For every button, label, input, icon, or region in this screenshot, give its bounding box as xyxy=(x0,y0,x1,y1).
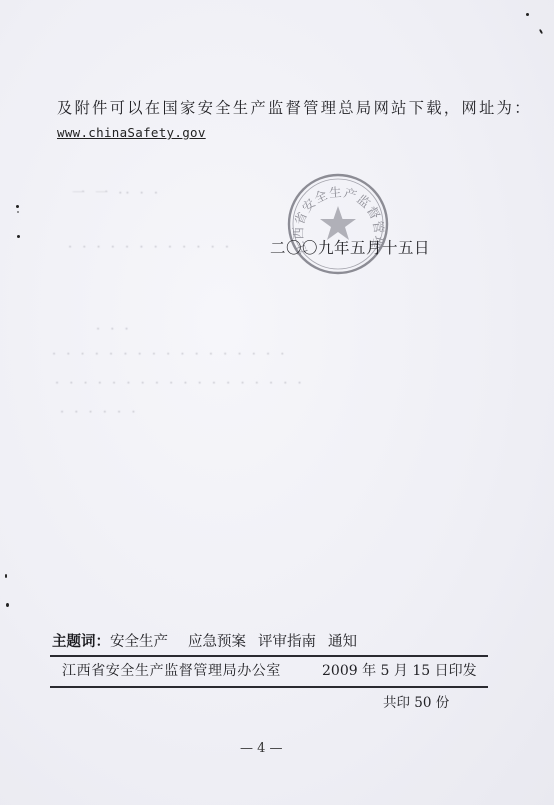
issuing-office: 江西省安全生产监督管理局办公室 xyxy=(62,660,281,680)
bleed-through-text: 一 一 ·· · · xyxy=(72,182,161,201)
keyword: 应急预案 xyxy=(188,634,246,650)
subject-keywords: 主题词：安全生产应急预案评审指南通知 xyxy=(52,630,357,651)
divider xyxy=(50,655,488,657)
bleed-through-text: · · · xyxy=(96,322,132,337)
keywords-label: 主题词： xyxy=(52,634,110,650)
signature-date: 二〇〇九年五月十五日 xyxy=(270,236,430,258)
scan-speck xyxy=(539,29,543,34)
copies-printed: 共印 50 份 xyxy=(383,691,449,711)
keyword: 通知 xyxy=(328,634,357,650)
page-number: — 4 — xyxy=(240,741,283,756)
bleed-through-text: · · · · · · · · · · · · · · · · · · xyxy=(55,376,305,391)
official-seal: 江西省安全生产监督管理局 xyxy=(286,172,390,276)
bleed-through-text: · · · · · · · · · · · · xyxy=(68,240,232,255)
scan-speck xyxy=(16,205,19,208)
keyword: 评审指南 xyxy=(258,634,316,650)
body-text-line: 及附件可以在国家安全生产监督管理总局网站下载，网址为： xyxy=(57,97,532,118)
bleed-through-text: · · · · · · · · · · · · · · · · · xyxy=(52,347,287,362)
keyword: 安全生产 xyxy=(110,634,168,650)
divider xyxy=(50,686,488,688)
bleed-through-text: · · · · · · xyxy=(60,405,138,420)
document-page: 一 一 ·· · · · · · · · · · · · · · · · · ·… xyxy=(0,0,554,805)
issue-date: 2009 年 5 月 15 日印发 xyxy=(322,660,477,680)
scan-speck xyxy=(526,13,529,16)
scan-speck xyxy=(5,574,7,578)
download-url-link[interactable]: www.chinaSafety.gov xyxy=(57,125,206,140)
star-icon xyxy=(320,206,356,240)
scan-speck xyxy=(6,603,9,607)
scan-speck xyxy=(17,211,19,213)
scan-speck xyxy=(17,235,20,238)
